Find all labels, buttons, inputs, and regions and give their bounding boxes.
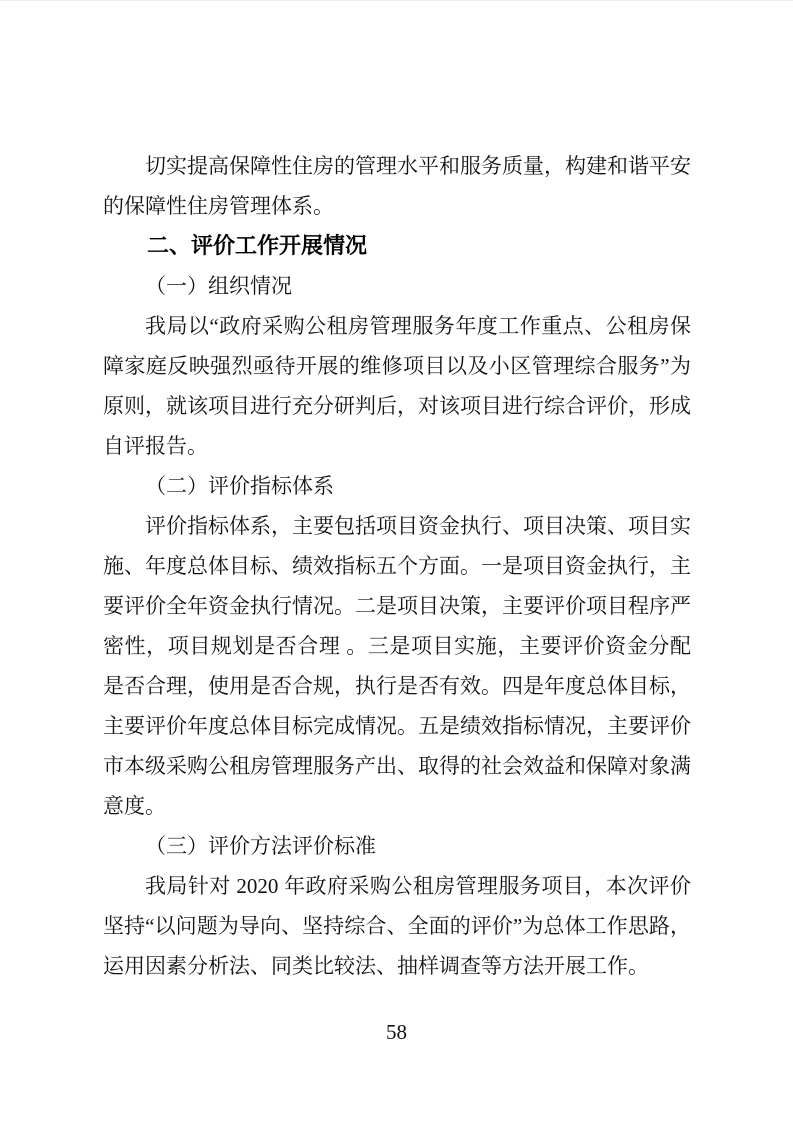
subsection-heading: （二）评价指标体系 <box>103 466 691 506</box>
paragraph: 切实提高保障性住房的管理水平和服务质量，构建和谐平安的保障性住房管理体系。 <box>103 146 691 226</box>
subsection-heading: （一）组织情况 <box>103 266 691 306</box>
report-page: 切实提高保障性住房的管理水平和服务质量，构建和谐平安的保障性住房管理体系。二、评… <box>0 0 793 1122</box>
document-body: 切实提高保障性住房的管理水平和服务质量，构建和谐平安的保障性住房管理体系。二、评… <box>103 146 691 986</box>
page-footer: 58 <box>0 1018 793 1046</box>
paragraph: 我局针对 2020 年政府采购公租房管理服务项目，本次评价坚持“以问题为导向、坚… <box>103 866 691 986</box>
page-number: 58 <box>386 1020 407 1044</box>
paragraph: 我局以“政府采购公租房管理服务年度工作重点、公租房保障家庭反映强烈亟待开展的维修… <box>103 306 691 466</box>
subsection-heading: （三）评价方法评价标准 <box>103 826 691 866</box>
paragraph: 评价指标体系，主要包括项目资金执行、项目决策、项目实施、年度总体目标、绩效指标五… <box>103 506 691 826</box>
section-heading: 二、评价工作开展情况 <box>103 226 691 266</box>
